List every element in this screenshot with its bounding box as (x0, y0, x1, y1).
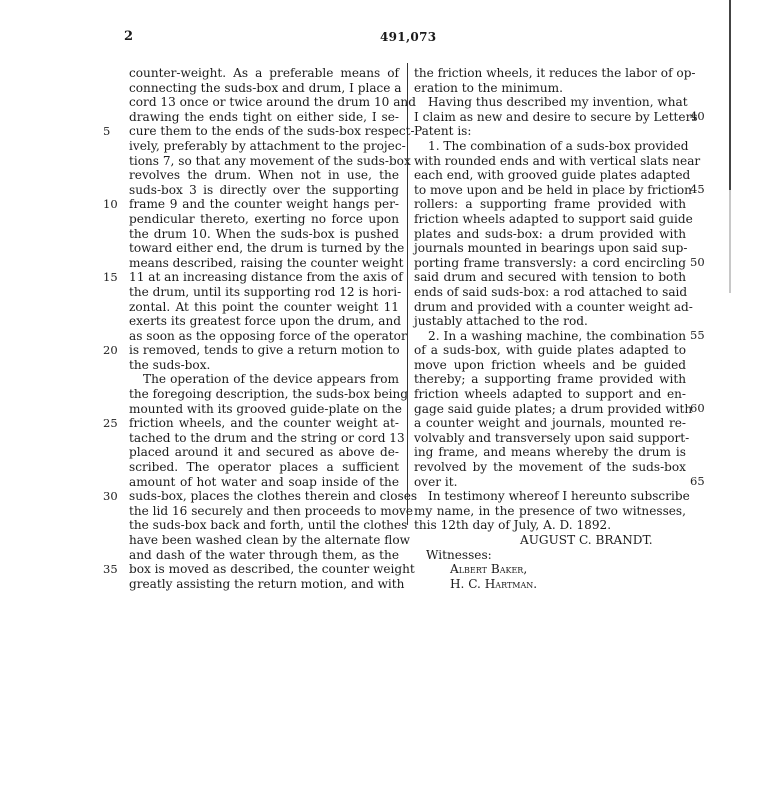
text-line: ing frame, and means whereby the drum is (414, 445, 686, 460)
line-number: 10 (103, 197, 118, 211)
scan-edge-line-faint (729, 190, 731, 293)
text-line: the drum, until its supporting rod 12 is… (129, 285, 399, 300)
text-line: said drum and secured with tension to bo… (414, 270, 686, 285)
text-line: with rounded ends and with vertical slat… (414, 154, 686, 169)
claim-1: 1. The combination of a suds-box provide… (414, 139, 686, 154)
text-line: Having thus described my invention, what (414, 95, 686, 110)
text-line: my name, in the presence of two witnesse… (414, 504, 686, 519)
text-line: means described, raising the counter wei… (129, 256, 399, 271)
text-line: cord 13 once or twice around the drum 10… (129, 95, 399, 110)
text-line: rollers: a supporting frame provided wit… (414, 197, 686, 212)
text-line: move upon friction wheels and be guided (414, 358, 686, 373)
text-line: the suds-box back and forth, until the c… (129, 518, 399, 533)
text-line: the friction wheels, it reduces the labo… (414, 66, 686, 81)
text-line: box is moved as described, the counter w… (129, 562, 399, 577)
line-number: 65 (690, 474, 705, 488)
text-line: revolves the drum. When not in use, the (129, 168, 399, 183)
inventor-signature: AUGUST C. BRANDT. (414, 533, 686, 548)
text-line: zontal. At this point the counter weight… (129, 300, 399, 315)
text-line: to move upon and be held in place by fri… (414, 183, 686, 198)
text-line: the lid 16 securely and then proceeds to… (129, 504, 399, 519)
text-line: eration to the minimum. (414, 81, 686, 96)
text-line: connecting the suds-box and drum, I plac… (129, 81, 399, 96)
claim-2: 2. In a washing machine, the combination (414, 329, 686, 344)
line-number: 30 (103, 489, 118, 503)
text-line: journals mounted in bearings upon said s… (414, 241, 686, 256)
left-column-text: counter-weight. As a preferable means of… (129, 66, 399, 591)
text-line: The operation of the device appears from (129, 372, 399, 387)
text-line: mounted with its grooved guide-plate on … (129, 402, 399, 417)
text-line: cure them to the ends of the suds-box re… (129, 124, 399, 139)
text-line: as soon as the opposing force of the ope… (129, 329, 399, 344)
text-line: friction wheels adapted to support said … (414, 212, 686, 227)
line-number: 35 (103, 562, 118, 576)
text-line: placed around it and secured as above de… (129, 445, 399, 460)
text-line: scribed. The operator places a sufficien… (129, 460, 399, 475)
scan-edge-line (729, 0, 731, 190)
witnesses-label: Witnesses: (414, 548, 686, 563)
text-line: justably attached to the rod. (414, 314, 686, 329)
text-line: tached to the drum and the string or cor… (129, 431, 399, 446)
witness-name: Albert Baker, (414, 562, 686, 577)
text-line: amount of hot water and soap inside of t… (129, 475, 399, 490)
text-line: In testimony whereof I hereunto subscrib… (414, 489, 686, 504)
text-line: gage said guide plates; a drum provided … (414, 402, 686, 417)
text-line: and dash of the water through them, as t… (129, 548, 399, 563)
patent-number: 491,073 (380, 30, 436, 44)
text-line: counter-weight. As a preferable means of (129, 66, 399, 81)
text-line: ends of said suds-box: a rod attached to… (414, 285, 686, 300)
text-line: have been washed clean by the alternate … (129, 533, 399, 548)
page-number: 2 (124, 29, 133, 44)
right-column-text: the friction wheels, it reduces the labo… (414, 66, 686, 591)
text-line: the suds-box. (129, 358, 399, 373)
text-line: of a suds-box, with guide plates adapted… (414, 343, 686, 358)
text-line: this 12th day of July, A. D. 1892. (414, 518, 686, 533)
line-number: 15 (103, 270, 118, 284)
text-line: volvably and transversely upon said supp… (414, 431, 686, 446)
text-line: revolved by the movement of the suds-box (414, 460, 686, 475)
text-line: greatly assisting the return motion, and… (129, 577, 399, 592)
text-line: exerts its greatest force upon the drum,… (129, 314, 399, 329)
line-number: 20 (103, 343, 118, 357)
line-number: 60 (690, 401, 705, 415)
text-line: 11 at an increasing distance from the ax… (129, 270, 399, 285)
text-line: drum and provided with a counter weight … (414, 300, 686, 315)
text-line: thereby; a supporting frame provided wit… (414, 372, 686, 387)
text-line: each end, with grooved guide plates adap… (414, 168, 686, 183)
line-number: 45 (690, 182, 705, 196)
line-number: 5 (103, 124, 110, 138)
text-line: porting frame transversly: a cord encirc… (414, 256, 686, 271)
text-line: suds-box, places the clothes therein and… (129, 489, 399, 504)
text-line: toward either end, the drum is turned by… (129, 241, 399, 256)
text-line: friction wheels adapted to support and e… (414, 387, 686, 402)
text-line: pendicular thereto, exerting no force up… (129, 212, 399, 227)
text-line: tions 7, so that any movement of the sud… (129, 154, 399, 169)
text-line: the foregoing description, the suds-box … (129, 387, 399, 402)
text-line: frame 9 and the counter weight hangs per… (129, 197, 399, 212)
witness-name: H. C. Hartman. (414, 577, 686, 592)
text-line: friction wheels, and the counter weight … (129, 416, 399, 431)
line-number: 25 (103, 416, 118, 430)
line-number: 55 (690, 328, 705, 342)
text-line: ively, preferably by attachment to the p… (129, 139, 399, 154)
line-number: 50 (690, 255, 705, 269)
text-line: I claim as new and desire to secure by L… (414, 110, 686, 125)
text-line: a counter weight and journals, mounted r… (414, 416, 686, 431)
text-line: suds-box 3 is directly over the supporti… (129, 183, 399, 198)
text-line: the drum 10. When the suds-box is pushed (129, 227, 399, 242)
text-line: is removed, tends to give a return motio… (129, 343, 399, 358)
text-line: drawing the ends tight on either side, I… (129, 110, 399, 125)
text-line: plates and suds-box: a drum provided wit… (414, 227, 686, 242)
text-line: Patent is: (414, 124, 686, 139)
text-line: over it. (414, 475, 686, 490)
